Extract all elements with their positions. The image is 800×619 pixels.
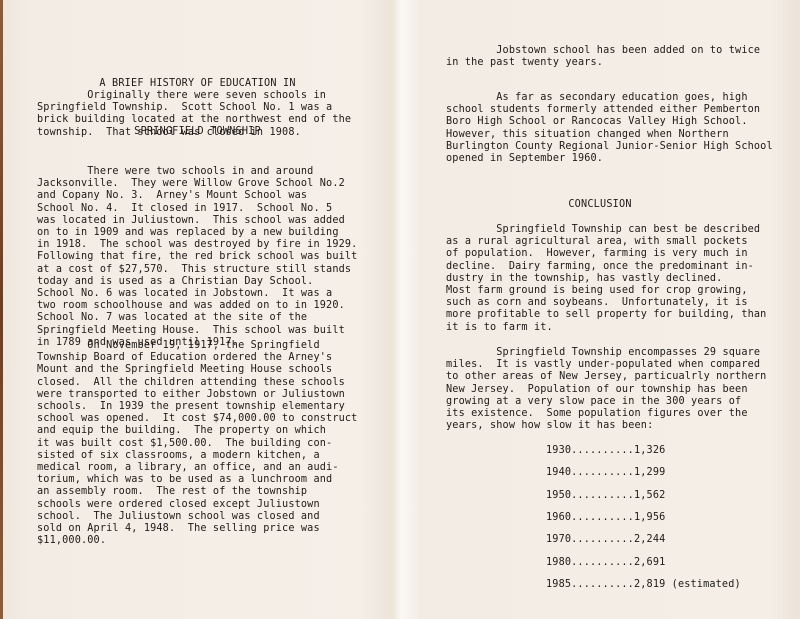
text-line: Following that fire, the red brick schoo… (37, 251, 357, 263)
text-line: more profitable to sell property for bui… (446, 309, 766, 321)
text-line: School No. 4. It closed in 1917. School … (37, 203, 357, 215)
text-line: it is to farm it. (446, 322, 766, 334)
text-line: at a cost of $27,570. This structure sti… (37, 264, 357, 276)
text-line: Jobstown school has been added on to twi… (446, 45, 760, 57)
paragraph: Originally there were seven schools inSp… (37, 90, 351, 139)
text-line: torium, which was to be used as a lunchr… (37, 474, 357, 486)
text-line: to other areas of New Jersey, particualr… (446, 371, 766, 383)
text-line: school was opened. It cost $74,000.00 to… (37, 413, 357, 425)
text-line: was located in Juliustown. This school w… (37, 215, 357, 227)
paragraph: Springfield Township encompasses 29 squa… (446, 347, 766, 432)
text-line: As far as secondary education goes, high (446, 92, 773, 104)
text-line: Mount and the Springfield Meeting House … (37, 364, 357, 376)
population-row: 1980..........2,691 (546, 557, 665, 569)
text-line: decline. Dairy farming, once the predomi… (446, 261, 766, 273)
text-line: Springfield Township can best be describ… (446, 224, 766, 236)
book-spread: A BRIEF HISTORY OF EDUCATION IN SPRINGFI… (0, 0, 800, 619)
text-line: School No. 6 was located in Jobstown. It… (37, 288, 357, 300)
text-line: Boro High School or Rancocas Valley High… (446, 116, 773, 128)
text-line: in the past twenty years. (446, 57, 760, 69)
text-line: Township Board of Education ordered the … (37, 352, 357, 364)
text-line: New Jersey. Population of our township h… (446, 384, 766, 396)
text-line: sold on April 4, 1948. The selling price… (37, 523, 357, 535)
text-line: in 1918. The school was destroyed by fir… (37, 239, 357, 251)
text-line: Springfield Meeting House. This school w… (37, 325, 357, 337)
population-row: 1950..........1,562 (546, 490, 665, 502)
text-line: were transported to either Jobstown or J… (37, 389, 357, 401)
population-row: 1985..........2,819 (estimated) (546, 579, 741, 591)
text-line: Jacksonville. They were Willow Grove Sch… (37, 178, 357, 190)
left-page: A BRIEF HISTORY OF EDUCATION IN SPRINGFI… (0, 0, 395, 619)
text-line: school. The Juliustown school was closed… (37, 511, 357, 523)
right-page: Jobstown school has been added on to twi… (402, 0, 800, 619)
paragraph: As far as secondary education goes, high… (446, 92, 773, 165)
text-line: Springfield Township. Scott School No. 1… (37, 102, 351, 114)
text-line: Originally there were seven schools in (37, 90, 351, 102)
text-line: growing at a very slow pace in the 300 y… (446, 396, 766, 408)
text-line: schools were ordered closed except Juliu… (37, 499, 357, 511)
population-row: 1940..........1,299 (546, 467, 665, 479)
paragraph: Springfield Township can best be describ… (446, 224, 766, 334)
text-line: School No. 7 was located at the site of … (37, 312, 357, 324)
text-line: medical room, a library, an office, and … (37, 462, 357, 474)
text-line: opened in September 1960. (446, 153, 773, 165)
text-line: school students formerly attended either… (446, 104, 773, 116)
text-line: Burlington County Regional Junior-Senior… (446, 141, 773, 153)
text-line: On November 19, 1917, the Springfield (37, 340, 357, 352)
text-line: There were two schools in and around (37, 166, 357, 178)
paragraph: There were two schools in and aroundJack… (37, 166, 357, 349)
text-line: its existence. Some population figures o… (446, 408, 766, 420)
text-line: and equip the building. The property on … (37, 425, 357, 437)
text-line: However, this situation changed when Nor… (446, 129, 773, 141)
text-line: as a rural agricultural area, with small… (446, 236, 766, 248)
text-line: it was built cost $1,500.00. The buildin… (37, 438, 357, 450)
text-line: Springfield Township encompasses 29 squa… (446, 347, 766, 359)
text-line: township. That school was closed in 1908… (37, 127, 351, 139)
text-line: closed. All the children attending these… (37, 377, 357, 389)
text-line: $11,000.00. (37, 535, 357, 547)
population-row: 1970..........2,244 (546, 534, 665, 546)
population-row: 1960..........1,956 (546, 512, 665, 524)
text-line: Most farm ground is being used for crop … (446, 285, 766, 297)
population-row: 1930..........1,326 (546, 445, 665, 457)
paragraph: On November 19, 1917, the SpringfieldTow… (37, 340, 357, 547)
text-line: an assembly room. The rest of the townsh… (37, 486, 357, 498)
text-line: of population. However, farming is very … (446, 248, 766, 260)
section-heading: CONCLUSION (402, 197, 798, 213)
text-line: brick building located at the northwest … (37, 114, 351, 126)
text-line: sisted of six classrooms, a modern kitch… (37, 450, 357, 462)
text-line: such as corn and soybeans. Unfortunately… (446, 297, 766, 309)
text-line: years, show how slow it has been: (446, 420, 766, 432)
text-line: schools. In 1939 the present township el… (37, 401, 357, 413)
paragraph: Jobstown school has been added on to twi… (446, 45, 760, 69)
text-line: today and is used as a Christian Day Sch… (37, 276, 357, 288)
text-line: on to in 1909 and was replaced by a new … (37, 227, 357, 239)
text-line: and Copany No. 3. Arney's Mount School w… (37, 190, 357, 202)
text-line: dustry in the township, has vastly decli… (446, 273, 766, 285)
text-line: two room schoolhouse and was added on to… (37, 300, 357, 312)
text-line: miles. It is vastly under-populated when… (446, 359, 766, 371)
